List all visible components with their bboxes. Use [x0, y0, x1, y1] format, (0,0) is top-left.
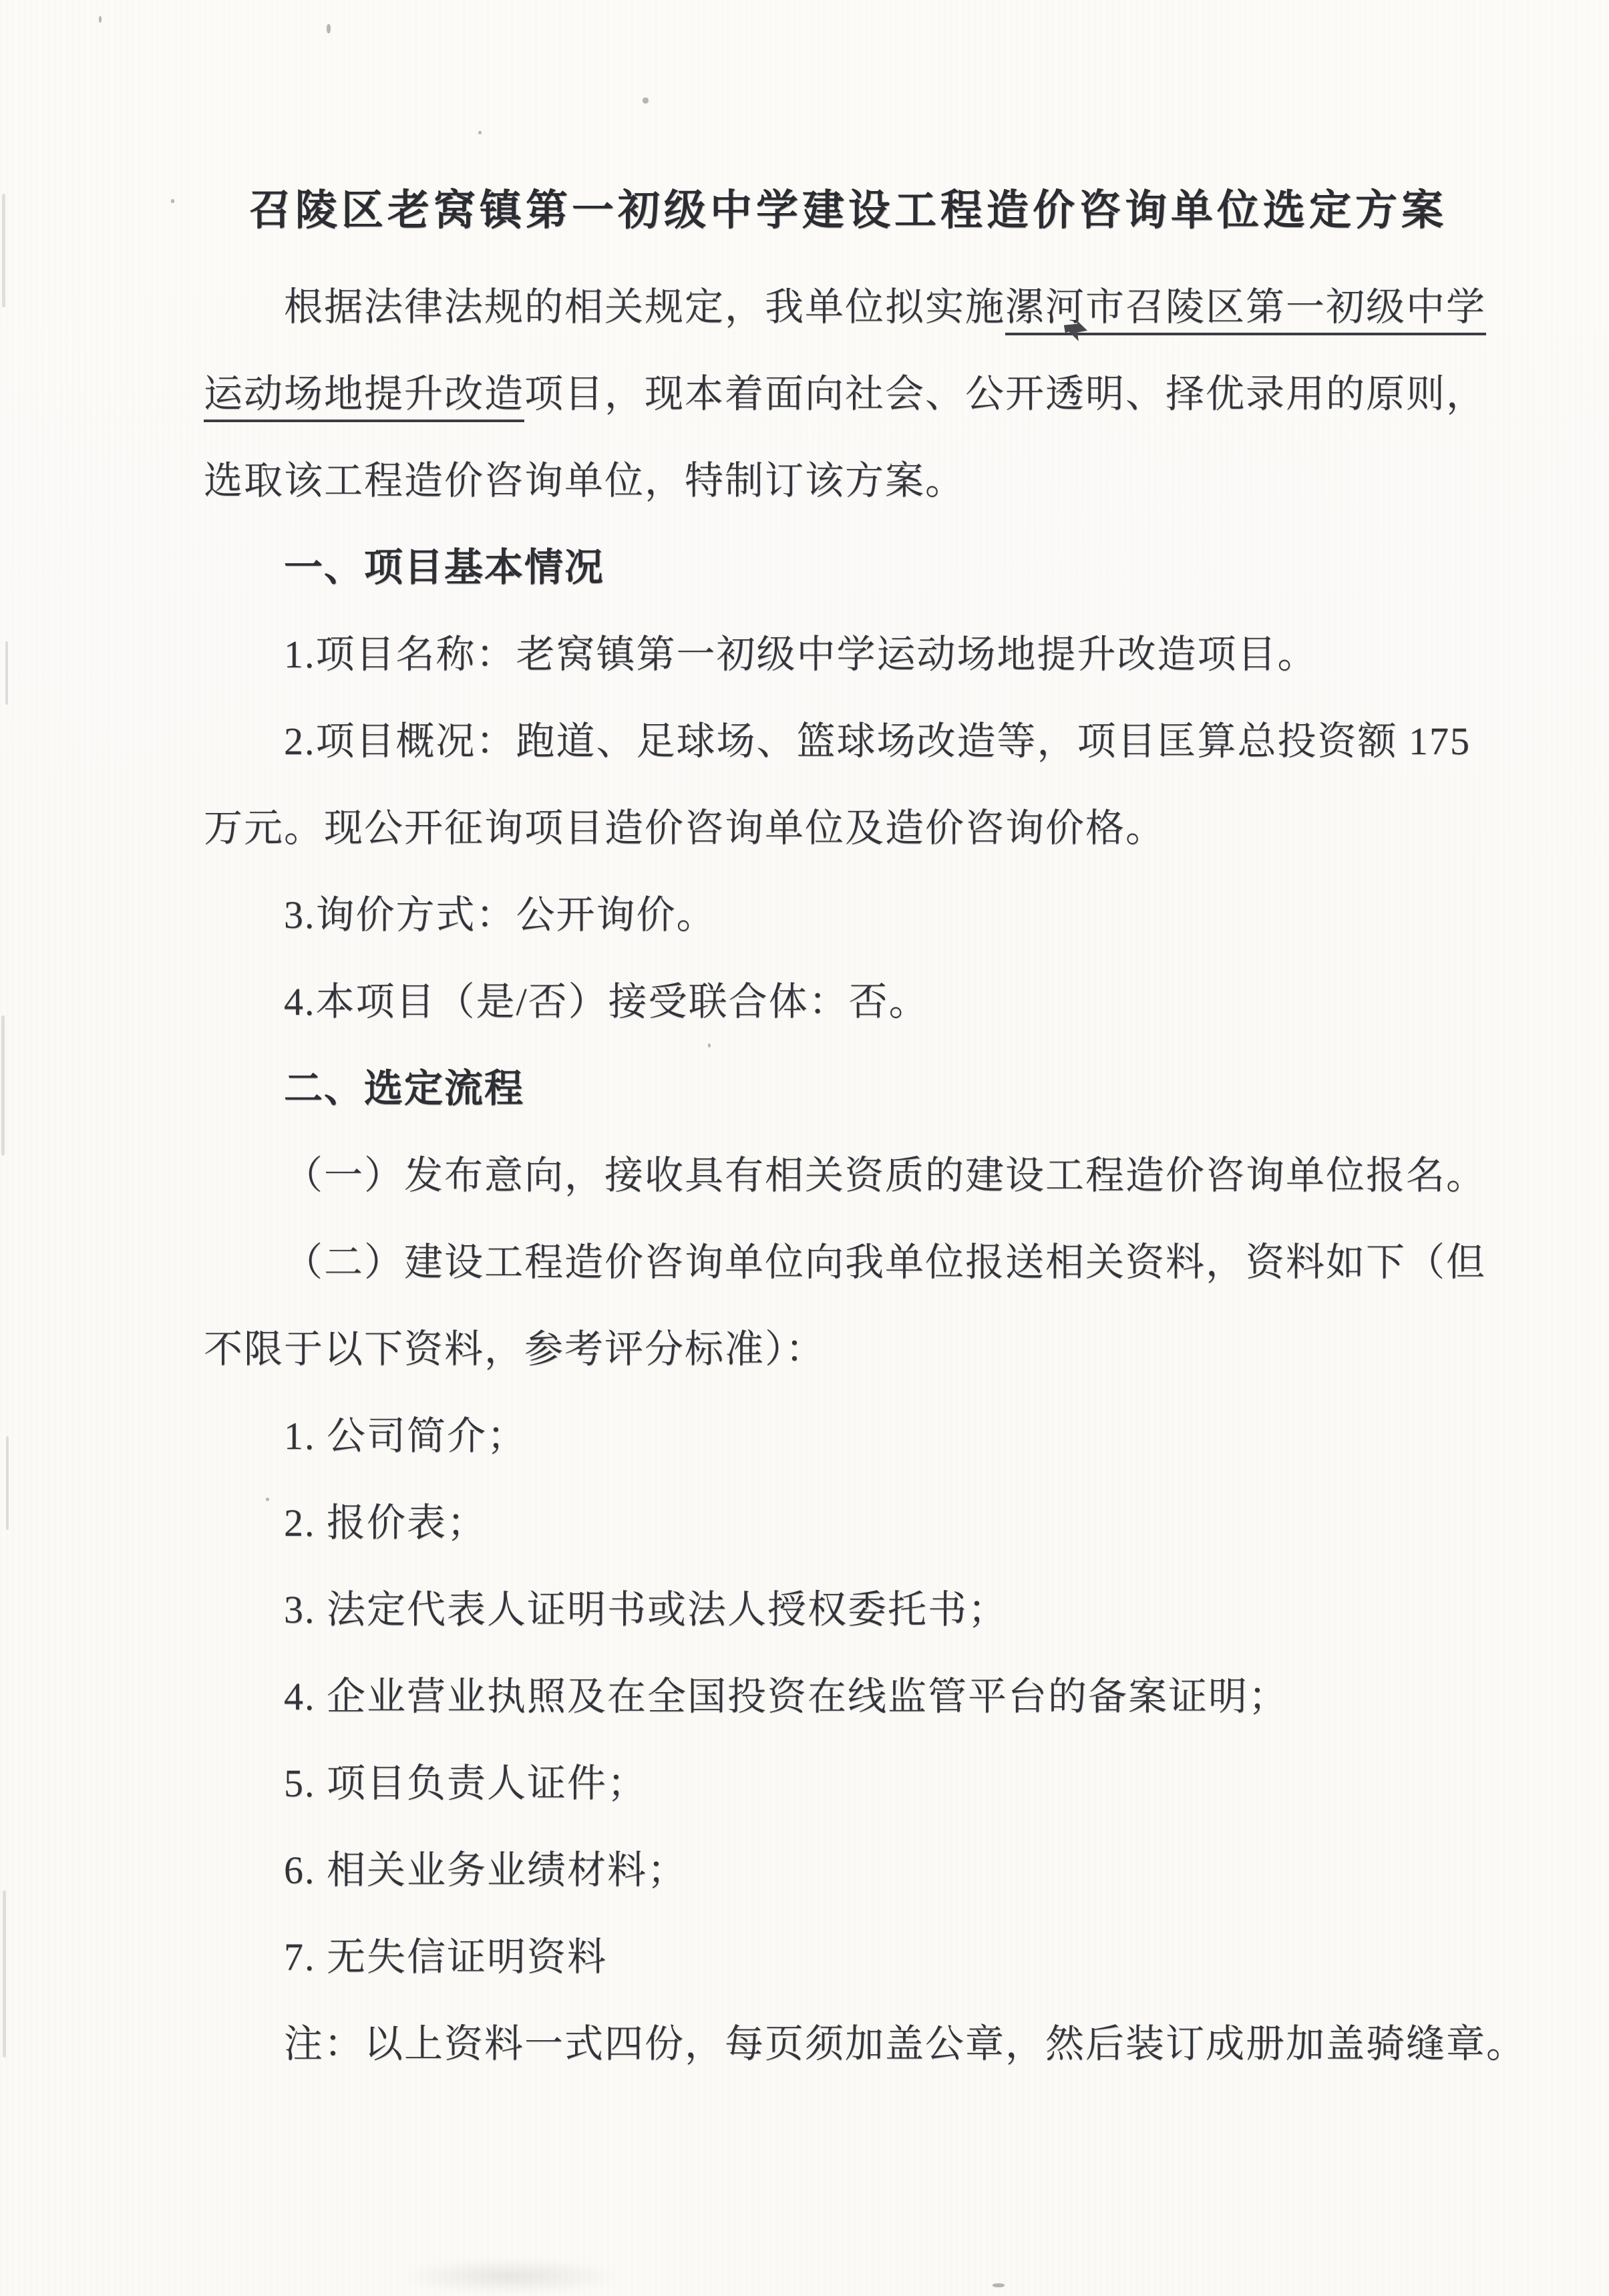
- section-2-step-1: （一）发布意向，接收具有相关资质的建设工程造价咨询单位报名。: [204, 1132, 1493, 1219]
- materials-item-2: 2. 报价表；: [204, 1480, 1493, 1567]
- intro-line-2-text: 项目，现本着面向社会、公开透明、择优录用的原则，: [524, 372, 1486, 416]
- scan-speck: [643, 98, 649, 104]
- materials-item-3: 3. 法定代表人证明书或法人授权委托书；: [204, 1567, 1493, 1653]
- scan-smudge: [401, 2258, 621, 2295]
- scan-streak: [6, 1436, 9, 1530]
- scan-speck: [327, 24, 331, 33]
- section-1-item-3: 3.询价方式：公开询价。: [204, 872, 1493, 959]
- section-1-item-2-line-1: 2.项目概况：跑道、足球场、篮球场改造等，项目匡算总投资额 175: [204, 698, 1493, 785]
- intro-line-1: 根据法律法规的相关规定，我单位拟实施漯河市召陵区第一初级中学: [204, 264, 1493, 351]
- intro-line-2-underlined: 运动场地提升改造: [204, 372, 524, 422]
- scan-speck: [99, 16, 102, 23]
- materials-item-7: 7. 无失信证明资料: [204, 1914, 1493, 2001]
- section-1-item-2-line-2: 万元。现公开征询项目造价咨询单位及造价咨询价格。: [204, 785, 1493, 872]
- materials-item-4: 4. 企业营业执照及在全国投资在线监管平台的备案证明；: [204, 1653, 1493, 1740]
- scan-speck: [708, 1043, 711, 1047]
- scan-streak: [3, 1891, 6, 2058]
- scan-speck: [478, 131, 482, 134]
- scan-speck: [993, 2283, 1005, 2287]
- intro-line-3: 选取该工程造价咨询单位，特制订该方案。: [204, 438, 1493, 524]
- section-2-step-2-line-1: （二）建设工程造价咨询单位向我单位报送相关资料，资料如下（但: [204, 1219, 1493, 1306]
- materials-item-6: 6. 相关业务业绩材料；: [204, 1827, 1493, 1914]
- scan-speck: [171, 199, 174, 203]
- scanned-document-page: 召陵区老窝镇第一初级中学建设工程造价咨询单位选定方案 根据法律法规的相关规定，我…: [0, 0, 1609, 2296]
- section-1-item-4: 4.本项目（是/否）接受联合体：否。: [204, 959, 1493, 1045]
- section-1-heading: 一、项目基本情况: [204, 524, 1493, 611]
- materials-item-1: 1. 公司简介；: [204, 1393, 1493, 1480]
- scan-streak: [1, 1015, 5, 1156]
- materials-item-5: 5. 项目负责人证件；: [204, 1740, 1493, 1827]
- section-2-step-2-line-2: 不限于以下资料，参考评分标准）：: [204, 1306, 1493, 1393]
- document-title: 召陵区老窝镇第一初级中学建设工程造价咨询单位选定方案: [204, 167, 1493, 254]
- section-1-item-1: 1.项目名称：老窝镇第一初级中学运动场地提升改造项目。: [204, 611, 1493, 698]
- intro-line-2: 运动场地提升改造项目，现本着面向社会、公开透明、择优录用的原则，: [204, 351, 1493, 438]
- scan-streak: [5, 641, 8, 705]
- note-line: 注：以上资料一式四份，每页须加盖公章，然后装订成册加盖骑缝章。: [204, 2001, 1493, 2088]
- scan-speck: [266, 1498, 269, 1501]
- scan-streak: [2, 194, 5, 307]
- intro-line-1-text: 根据法律法规的相关规定，我单位拟实施: [284, 285, 1005, 329]
- section-2-heading: 二、选定流程: [204, 1045, 1493, 1132]
